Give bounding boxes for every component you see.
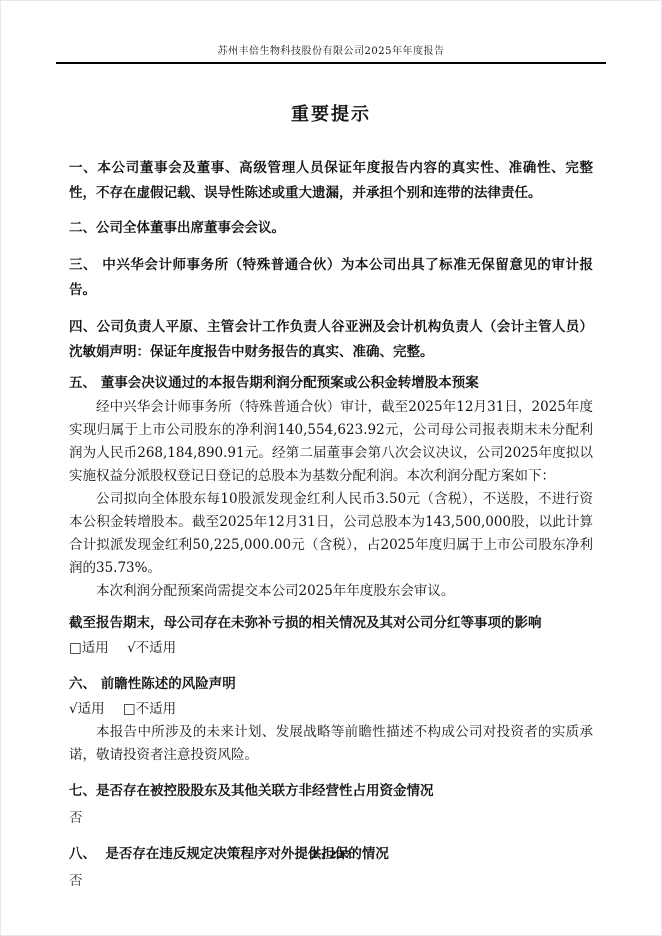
item-4-statement: 四、公司负责人平原、主管会计工作负责人谷亚洲及会计机构负责人（会计主管人员）沈敏…	[69, 315, 593, 365]
checkbox-unchecked-not-applicable: □不适用	[123, 701, 176, 717]
item-3-statement: 三、 中兴华会计师事务所（特殊普通合伙）为本公司出具了标准无保留意见的审计报告。	[69, 253, 593, 303]
item-5-paragraph-2: 公司拟向全体股东每10股派发现金红利人民币3.50元（含税），不送股，不进行资本…	[69, 488, 593, 580]
page-title: 重要提示	[69, 100, 593, 126]
forward-looking-applicability-line: √适用 □不适用	[69, 697, 593, 721]
item-1-statement: 一、本公司董事会及董事、高级管理人员保证年度报告内容的真实性、准确性、完整性，不…	[69, 156, 593, 206]
checkbox-checked-applicable: √适用	[69, 701, 105, 717]
item-5-paragraph-3: 本次利润分配预案尚需提交本公司2025年年度股东会审议。	[69, 580, 593, 603]
running-header-title: 苏州丰倍生物科技股份有限公司2025年年度报告	[218, 46, 445, 57]
page-footer: 2 / 227	[0, 849, 662, 861]
report-page: 苏州丰倍生物科技股份有限公司2025年年度报告 重要提示 一、本公司董事会及董事…	[0, 0, 662, 936]
loss-impact-heading: 截至报告期末，母公司存在未弥补亏损的相关情况及其对公司分红等事项的影响	[69, 611, 593, 636]
item-6-paragraph: 本报告中所涉及的未来计划、发展战略等前瞻性描述不构成公司对投资者的实质承诺，敬请…	[69, 721, 593, 767]
loss-applicability-line: □适用 √不适用	[69, 636, 593, 660]
item-6-heading: 六、 前瞻性陈述的风险声明	[69, 672, 593, 697]
item-2-statement: 二、公司全体董事出席董事会会议。	[69, 216, 593, 241]
page-content: 重要提示 一、本公司董事会及董事、高级管理人员保证年度报告内容的真实性、准确性、…	[0, 100, 662, 893]
item-7-answer: 否	[69, 806, 593, 830]
page-number: 2 / 227	[311, 849, 351, 861]
item-5-heading: 五、 董事会决议通过的本报告期利润分配预案或公积金转增股本预案	[69, 371, 593, 396]
item-5-paragraph-1: 经中兴华会计师事务所（特殊普通合伙）审计，截至2025年12月31日，2025年…	[69, 396, 593, 488]
checkbox-unchecked-applicable: □适用	[69, 640, 109, 656]
item-8-answer: 否	[69, 869, 593, 893]
checkbox-checked-not-applicable: √不适用	[127, 640, 176, 656]
page-header: 苏州丰倍生物科技股份有限公司2025年年度报告	[56, 0, 606, 64]
item-7-heading: 七、是否存在被控股股东及其他关联方非经营性占用资金情况	[69, 779, 593, 804]
